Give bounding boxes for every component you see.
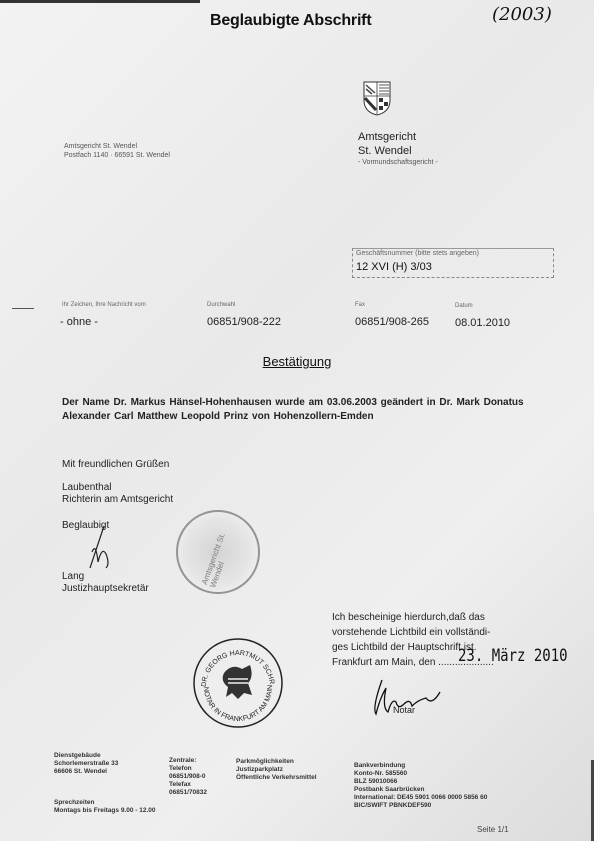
page-number: Seite 1/1 — [477, 825, 509, 834]
court-seal-text: Amtsgericht St. Wendel — [200, 513, 242, 589]
fold-mark — [12, 308, 34, 309]
footer-line: Postbank Saarbrücken — [354, 786, 487, 794]
notary-line: vorstehende Lichtbild ein vollständi- — [332, 625, 494, 640]
clerk-title: Justizhauptsekretär — [62, 583, 149, 595]
footer-building: Dienstgebäude Schorlemerstraße 33 66606 … — [54, 752, 118, 776]
direct-dial-value: 06851/908-222 — [207, 316, 281, 328]
footer-bank: Bankverbindung Konto-Nr. 585560 BLZ 5901… — [354, 762, 487, 810]
footer-line: Konto-Nr. 585560 — [354, 770, 487, 778]
footer-line: Montags bis Freitags 9.00 - 12.00 — [54, 807, 156, 815]
clerk-name: Lang — [62, 571, 84, 583]
sender-address: Amtsgericht St. Wendel Postfach 1140 · 6… — [64, 142, 170, 160]
scan-edge-shadow — [0, 0, 200, 3]
date-stamp: 23. März 2010 — [458, 646, 568, 665]
footer-line: 06851/70832 — [169, 789, 207, 797]
your-reference-value: - ohne - — [60, 316, 98, 328]
footer-line: BLZ 59010066 — [354, 778, 487, 786]
signer-title: Richterin am Amtsgericht — [62, 494, 173, 506]
sender-line: Postfach 1140 · 66591 St. Wendel — [64, 151, 170, 160]
footer-line: 06851/908-0 — [169, 773, 207, 781]
court-name-line: Amtsgericht — [358, 130, 416, 144]
document-title: Beglaubigte Abschrift — [210, 12, 371, 30]
footer-line: 66606 St. Wendel — [54, 768, 118, 776]
direct-dial-label: Durchwahl — [207, 302, 235, 308]
confirmation-heading: Bestätigung — [0, 354, 594, 369]
footer-line: Telefon — [169, 765, 207, 773]
handwritten-note: (2003) — [492, 4, 552, 25]
court-seal: Amtsgericht St. Wendel — [176, 510, 260, 594]
notary-label: Notar — [393, 705, 415, 715]
court-department: - Vormundschaftsgericht - — [358, 159, 438, 166]
footer-line: Parkmöglichkeiten — [236, 758, 317, 766]
footer-line: Bankverbindung — [354, 762, 487, 770]
your-reference-label: Ihr Zeichen, Ihre Nachricht vom — [62, 302, 146, 308]
footer-line: International: DE45 5901 0066 0000 5856 … — [354, 794, 487, 802]
lion-icon — [223, 665, 252, 699]
footer-line: Justizparkplatz — [236, 766, 317, 774]
footer-line: Dienstgebäude — [54, 752, 118, 760]
footer-hours: Sprechzeiten Montags bis Freitags 9.00 -… — [54, 799, 156, 815]
sender-line: Amtsgericht St. Wendel — [64, 142, 170, 151]
footer-contact: Zentrale: Telefon 06851/908-0 Telefax 06… — [169, 757, 207, 797]
notary-seal: DR. GEORG HARTMUT SCHROER NOTAR IN FRANK… — [192, 637, 284, 729]
footer-parking: Parkmöglichkeiten Justizparkplatz Öffent… — [236, 758, 317, 782]
greeting: Mit freundlichen Grüßen — [62, 459, 169, 471]
confirmation-body: Der Name Dr. Markus Hänsel-Hohenhausen w… — [62, 396, 562, 424]
footer-line: Telefax — [169, 781, 207, 789]
footer-line: Öffentliche Verkehrsmittel — [236, 774, 317, 782]
footer-line: Schorlemerstraße 33 — [54, 760, 118, 768]
reference-number: 12 XVI (H) 3/03 — [356, 261, 432, 273]
fax-label: Fax — [355, 302, 365, 308]
date-label: Datum — [455, 303, 473, 309]
coat-of-arms-icon — [362, 80, 392, 116]
court-name-line: St. Wendel — [358, 144, 416, 158]
footer-line: Zentrale: — [169, 757, 207, 765]
reference-label: Geschäftsnummer (bitte stets angeben) — [356, 250, 479, 257]
footer-line: Sprechzeiten — [54, 799, 156, 807]
fax-value: 06851/908-265 — [355, 316, 429, 328]
court-name: Amtsgericht St. Wendel — [358, 130, 416, 158]
footer-line: BIC/SWIFT PBNKDEF590 — [354, 802, 487, 810]
notary-line: Ich bescheinige hierdurch,daß das — [332, 610, 494, 625]
signer-name: Laubenthal — [62, 482, 112, 494]
date-value: 08.01.2010 — [455, 317, 510, 329]
clerk-signature — [86, 524, 116, 574]
